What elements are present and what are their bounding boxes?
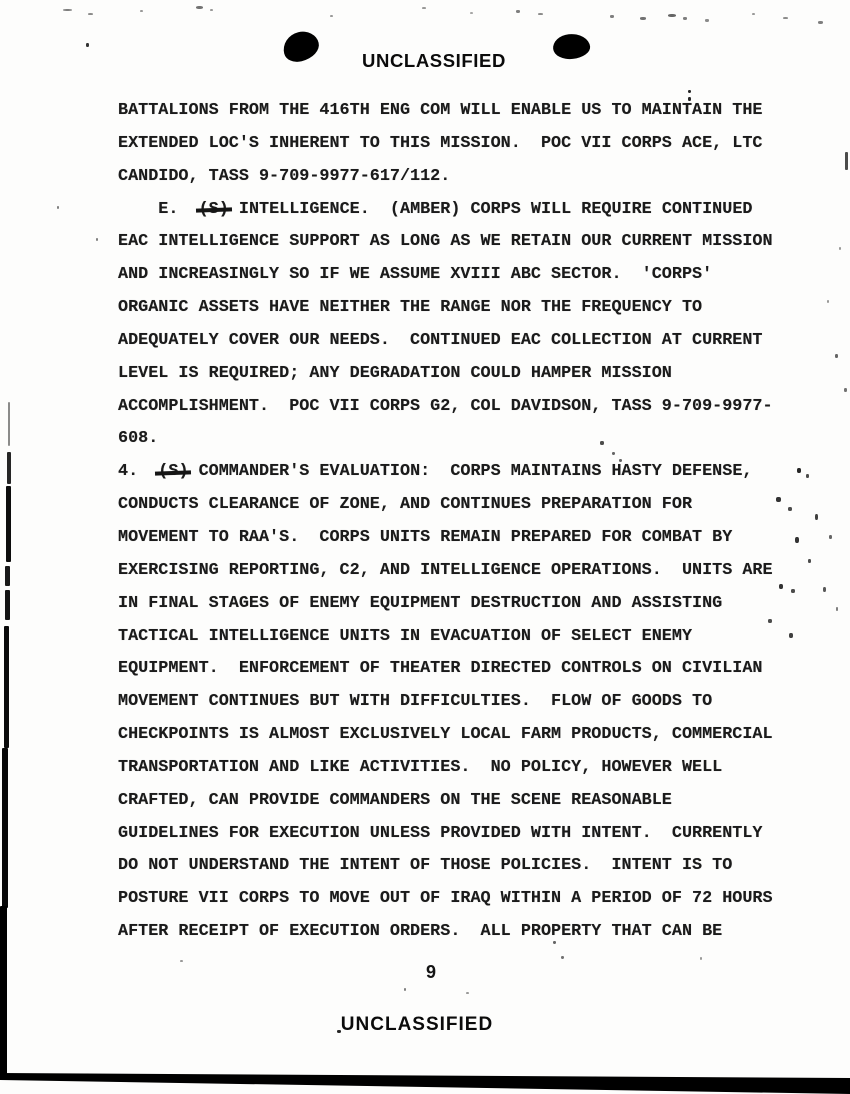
ink-speck <box>640 17 646 20</box>
line-text: POSTURE VII CORPS TO MOVE OUT OF IRAQ WI… <box>118 889 773 908</box>
document-line: 4. (S) COMMANDER'S EVALUATION: CORPS MAI… <box>118 456 798 489</box>
ink-speck <box>818 21 823 24</box>
line-text: LEVEL IS REQUIRED; ANY DEGRADATION COULD… <box>118 364 672 383</box>
document-line: ACCOMPLISHMENT. POC VII CORPS G2, COL DA… <box>118 391 798 424</box>
ink-speck <box>196 6 203 9</box>
ink-speck <box>808 559 811 563</box>
ink-speck <box>619 459 622 462</box>
line-text: COMMANDER'S EVALUATION: CORPS MAINTAINS … <box>189 462 753 481</box>
document-line: IN FINAL STAGES OF ENEMY EQUIPMENT DESTR… <box>118 588 798 621</box>
ink-speck <box>829 535 832 539</box>
line-text: EQUIPMENT. ENFORCEMENT OF THEATER DIRECT… <box>118 659 763 678</box>
line-text: GUIDELINES FOR EXECUTION UNLESS PROVIDED… <box>118 824 763 843</box>
line-text: CONDUCTS CLEARANCE OF ZONE, AND CONTINUE… <box>118 495 692 514</box>
document-line: ADEQUATELY COVER OUR NEEDS. CONTINUED EA… <box>118 325 798 358</box>
ink-speck <box>844 388 847 392</box>
line-text: TACTICAL INTELLIGENCE UNITS IN EVACUATIO… <box>118 627 692 646</box>
document-line: ORGANIC ASSETS HAVE NEITHER THE RANGE NO… <box>118 292 798 325</box>
document-line: BATTALIONS FROM THE 416TH ENG COM WILL E… <box>118 95 798 128</box>
line-text: DO NOT UNDERSTAND THE INTENT OF THOSE PO… <box>118 856 732 875</box>
ink-speck <box>823 587 826 592</box>
ink-speck <box>140 10 143 12</box>
document-body: BATTALIONS FROM THE 416TH ENG COM WILL E… <box>118 95 798 949</box>
document-line: CONDUCTS CLEARANCE OF ZONE, AND CONTINUE… <box>118 489 798 522</box>
page-edge-mark <box>5 566 10 586</box>
ink-speck <box>700 957 702 960</box>
line-text: ORGANIC ASSETS HAVE NEITHER THE RANGE NO… <box>118 298 702 317</box>
line-text: MOVEMENT TO RAA'S. CORPS UNITS REMAIN PR… <box>118 528 732 547</box>
scan-edge-band <box>0 1070 850 1094</box>
document-line: EAC INTELLIGENCE SUPPORT AS LONG AS WE R… <box>118 226 798 259</box>
ink-speck <box>610 15 614 18</box>
ink-speck <box>96 238 98 241</box>
line-text: ADEQUATELY COVER OUR NEEDS. CONTINUED EA… <box>118 331 763 350</box>
page-edge-mark <box>6 486 11 562</box>
line-text: 608. <box>118 429 158 448</box>
document-line: TRANSPORTATION AND LIKE ACTIVITIES. NO P… <box>118 752 798 785</box>
ink-speck <box>516 10 520 13</box>
ink-blob-icon <box>552 32 591 61</box>
ink-speck <box>422 7 426 9</box>
line-text: CANDIDO, TASS 9-709-9977-617/112. <box>118 167 450 186</box>
line-text: BATTALIONS FROM THE 416TH ENG COM WILL E… <box>118 101 763 120</box>
line-text: IN FINAL STAGES OF ENEMY EQUIPMENT DESTR… <box>118 594 722 613</box>
document-line: DO NOT UNDERSTAND THE INTENT OF THOSE PO… <box>118 850 798 883</box>
page-edge-mark <box>845 152 848 170</box>
ink-speck <box>688 90 691 93</box>
ink-speck <box>683 17 687 20</box>
line-text: INTELLIGENCE. (AMBER) CORPS WILL REQUIRE… <box>229 200 753 219</box>
ink-speck <box>836 607 838 611</box>
line-text: AFTER RECEIPT OF EXECUTION ORDERS. ALL P… <box>118 922 722 941</box>
page-edge-mark <box>5 590 10 620</box>
struck-classification-marking: (S) <box>199 194 229 227</box>
page-edge-mark <box>8 402 10 446</box>
document-line: CHECKPOINTS IS ALMOST EXCLUSIVELY LOCAL … <box>118 719 798 752</box>
ink-speck <box>470 12 473 14</box>
ink-speck <box>600 441 604 445</box>
document-line: MOVEMENT CONTINUES BUT WITH DIFFICULTIES… <box>118 686 798 719</box>
document-line: 608. <box>118 423 798 456</box>
ink-speck <box>791 589 795 593</box>
page-edge-mark <box>2 748 8 908</box>
ink-speck <box>827 300 829 303</box>
line-text: MOVEMENT CONTINUES BUT WITH DIFFICULTIES… <box>118 692 712 711</box>
document-line: MOVEMENT TO RAA'S. CORPS UNITS REMAIN PR… <box>118 522 798 555</box>
page-edge-mark <box>4 626 9 748</box>
ink-blob-icon <box>280 28 322 65</box>
line-text: TRANSPORTATION AND LIKE ACTIVITIES. NO P… <box>118 758 722 777</box>
document-line: EQUIPMENT. ENFORCEMENT OF THEATER DIRECT… <box>118 653 798 686</box>
ink-speck <box>835 354 838 358</box>
document-line: LEVEL IS REQUIRED; ANY DEGRADATION COULD… <box>118 358 798 391</box>
ink-speck <box>180 960 183 962</box>
classification-footer: UNCLASSIFIED <box>341 1014 493 1036</box>
line-text: E. <box>118 200 199 219</box>
ink-speck <box>63 9 72 11</box>
ink-speck <box>776 497 781 502</box>
ink-speck <box>404 988 406 991</box>
ink-speck <box>86 43 89 47</box>
ink-speck <box>768 619 772 623</box>
ink-speck <box>561 956 564 959</box>
document-line: EXERCISING REPORTING, C2, AND INTELLIGEN… <box>118 555 798 588</box>
document-line: POSTURE VII CORPS TO MOVE OUT OF IRAQ WI… <box>118 883 798 916</box>
ink-speck <box>783 17 788 19</box>
line-text: EXTENDED LOC'S INHERENT TO THIS MISSION.… <box>118 134 763 153</box>
ink-speck <box>752 13 755 15</box>
ink-speck <box>538 13 543 15</box>
ink-speck <box>705 19 709 22</box>
ink-speck <box>688 97 691 101</box>
ink-speck <box>330 15 333 17</box>
line-text: AND INCREASINGLY SO IF WE ASSUME XVIII A… <box>118 265 712 284</box>
document-line: AFTER RECEIPT OF EXECUTION ORDERS. ALL P… <box>118 916 798 949</box>
ink-speck <box>795 537 799 543</box>
document-line: GUIDELINES FOR EXECUTION UNLESS PROVIDED… <box>118 818 798 851</box>
line-text: CRAFTED, CAN PROVIDE COMMANDERS ON THE S… <box>118 791 672 810</box>
scanned-document-page: UNCLASSIFIED BATTALIONS FROM THE 416TH E… <box>0 0 850 1094</box>
line-text: EXERCISING REPORTING, C2, AND INTELLIGEN… <box>118 561 773 580</box>
ink-speck <box>815 514 818 520</box>
page-number: 9 <box>426 962 436 983</box>
ink-speck <box>612 452 615 455</box>
line-text: ACCOMPLISHMENT. POC VII CORPS G2, COL DA… <box>118 397 773 416</box>
document-line: AND INCREASINGLY SO IF WE ASSUME XVIII A… <box>118 259 798 292</box>
ink-speck <box>337 1030 341 1033</box>
ink-speck <box>806 474 809 478</box>
document-line: CRAFTED, CAN PROVIDE COMMANDERS ON THE S… <box>118 785 798 818</box>
page-edge-mark <box>0 906 7 1076</box>
struck-classification-marking: (S) <box>158 456 188 489</box>
ink-speck <box>553 941 556 944</box>
classification-header: UNCLASSIFIED <box>362 50 506 72</box>
ink-speck <box>57 206 59 209</box>
document-line: EXTENDED LOC'S INHERENT TO THIS MISSION.… <box>118 128 798 161</box>
ink-speck <box>88 13 93 15</box>
ink-speck <box>779 584 783 589</box>
document-line: TACTICAL INTELLIGENCE UNITS IN EVACUATIO… <box>118 621 798 654</box>
ink-speck <box>789 633 793 638</box>
page-edge-mark <box>7 452 11 484</box>
document-line: CANDIDO, TASS 9-709-9977-617/112. <box>118 161 798 194</box>
ink-speck <box>839 247 841 250</box>
ink-speck <box>797 468 801 473</box>
ink-speck <box>788 507 792 511</box>
line-text: 4. <box>118 462 158 481</box>
line-text: CHECKPOINTS IS ALMOST EXCLUSIVELY LOCAL … <box>118 725 773 744</box>
ink-speck <box>210 9 213 11</box>
document-line: E. (S) INTELLIGENCE. (AMBER) CORPS WILL … <box>118 194 798 227</box>
line-text: EAC INTELLIGENCE SUPPORT AS LONG AS WE R… <box>118 232 773 251</box>
ink-speck <box>466 992 469 994</box>
ink-speck <box>668 14 676 17</box>
